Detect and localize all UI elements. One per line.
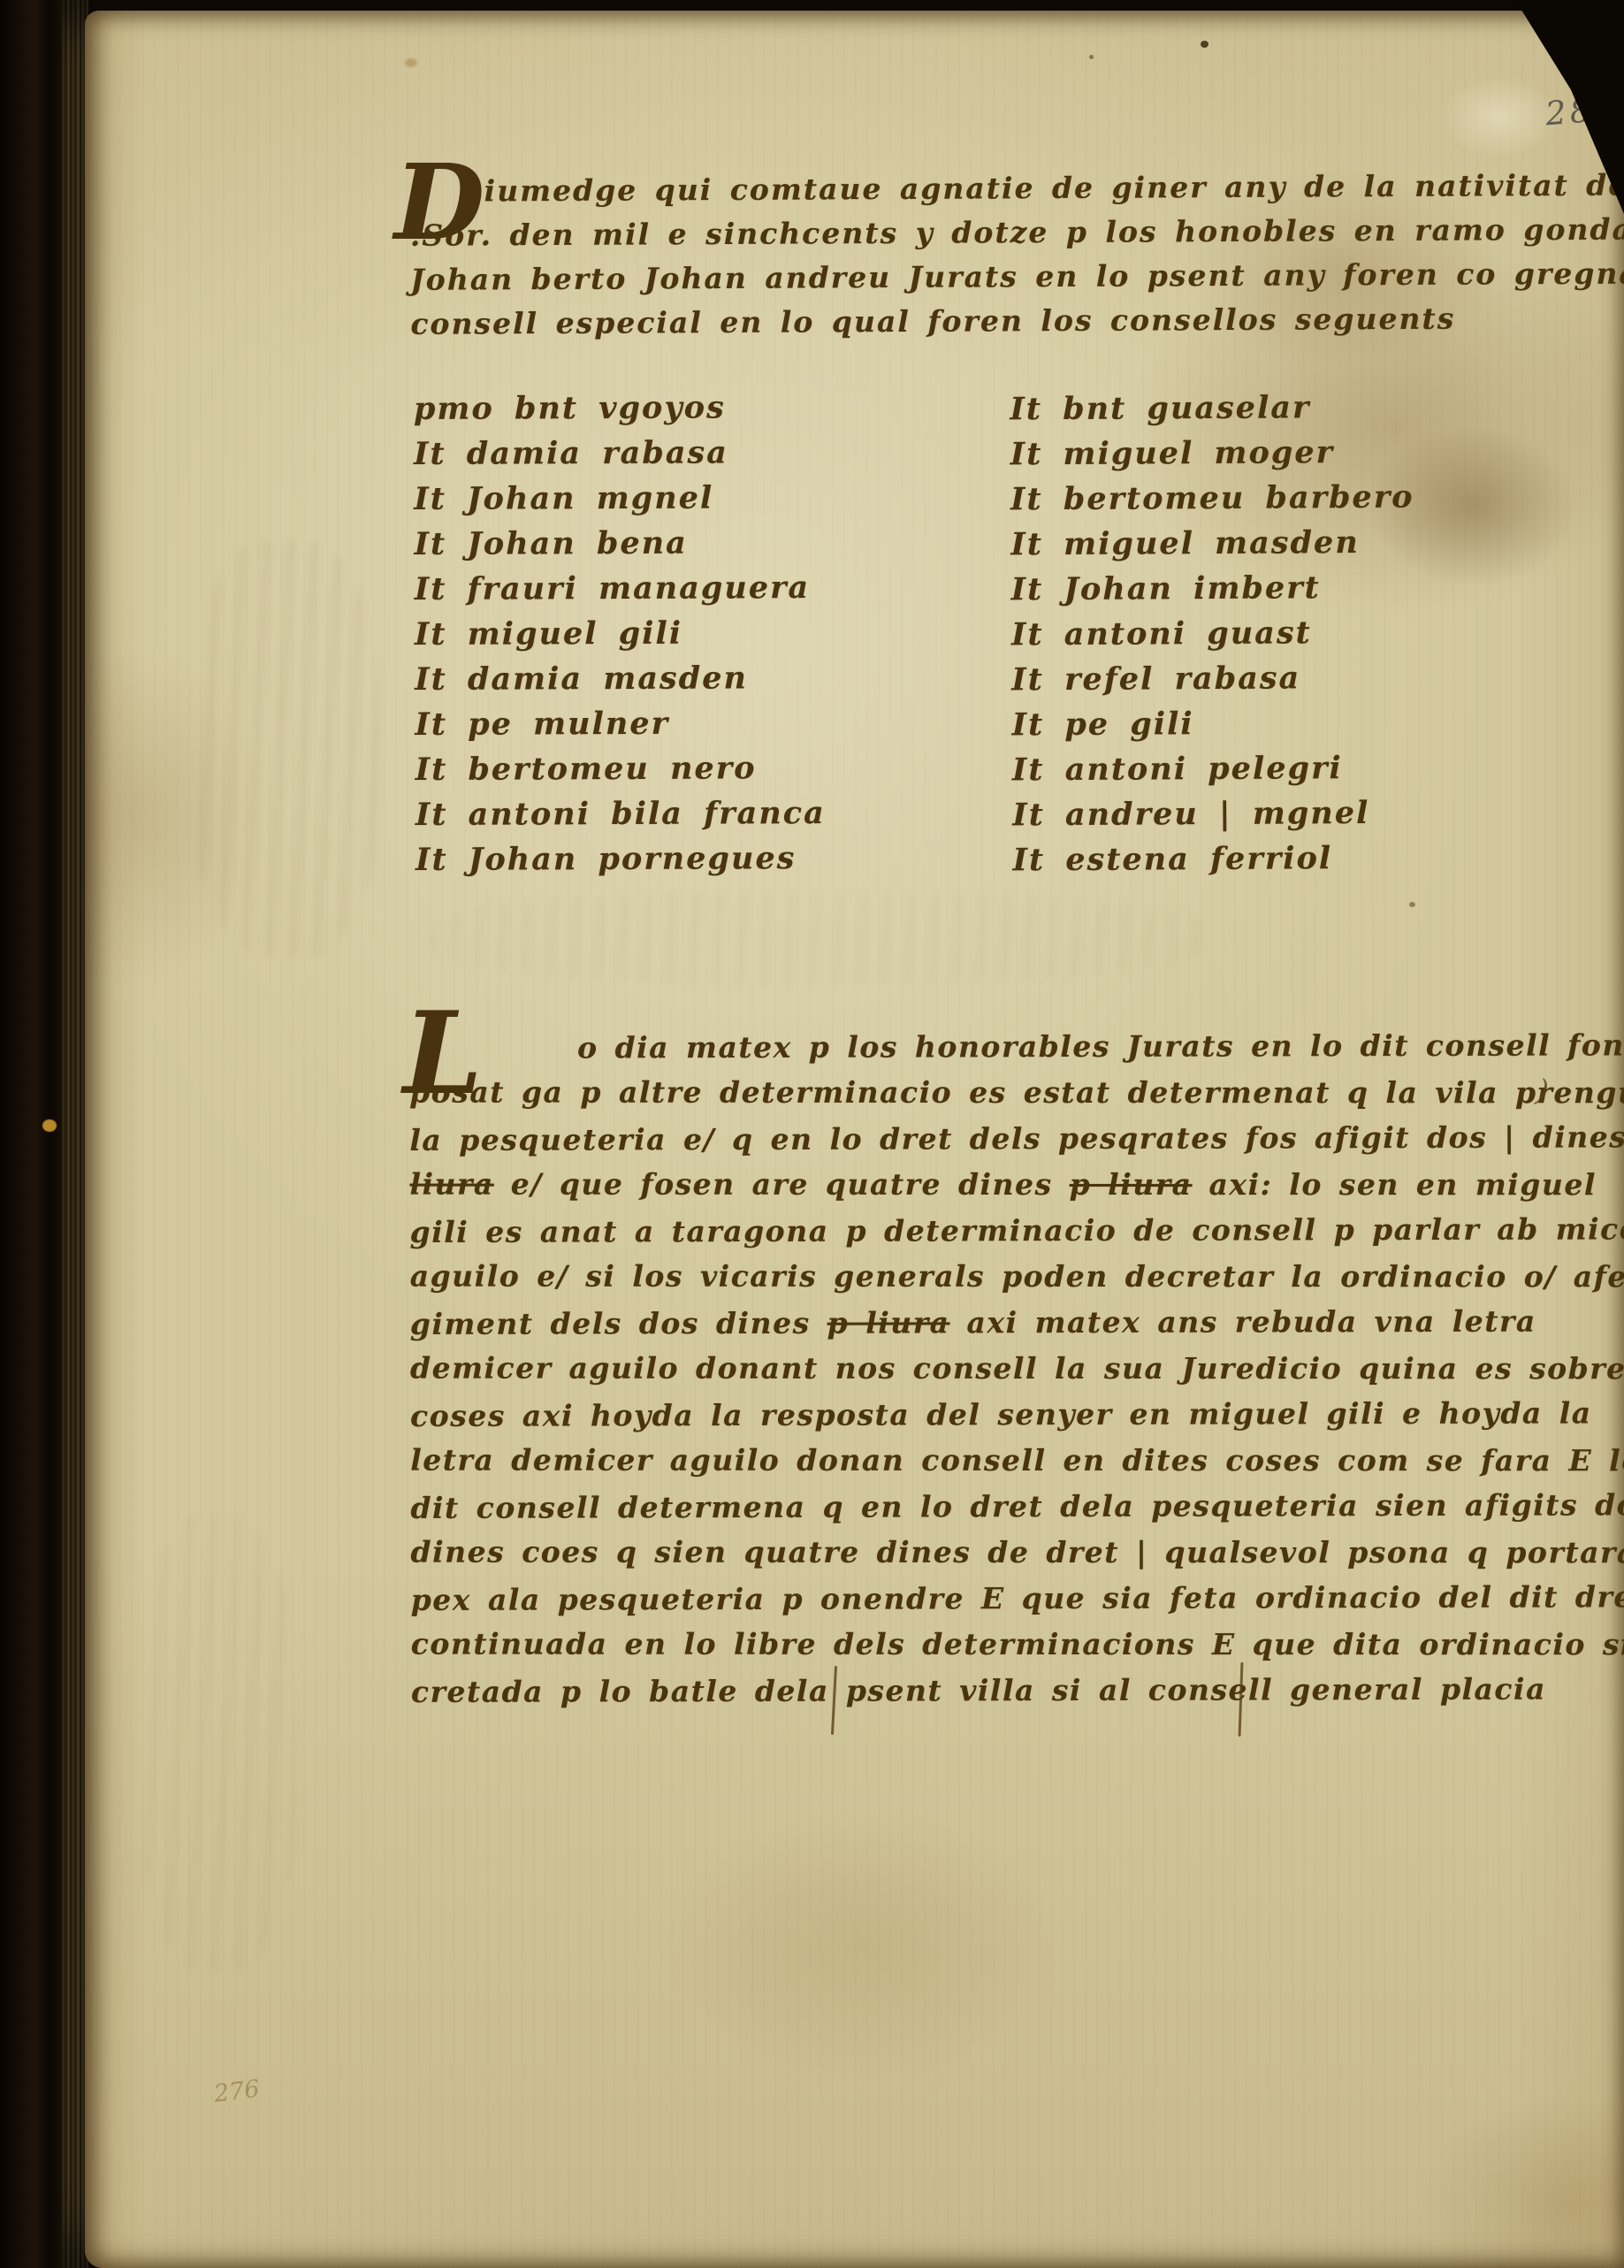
body-line: cretada p lo batle dela psent villa si a… — [411, 1666, 1624, 1715]
text-segment: axi: lo sen en miguel — [1193, 1167, 1597, 1202]
body-line: dit consell determena q en lo dret dela … — [410, 1482, 1624, 1531]
text-segment: gili es anat a taragona p determinacio d… — [410, 1211, 1624, 1249]
struck-text: p liura — [827, 1305, 950, 1340]
text-segment: dit consell determena q en lo dret dela … — [410, 1487, 1624, 1525]
council-member: It refel rabasa — [1011, 655, 1415, 703]
council-member: It miguel masden — [1010, 520, 1414, 568]
council-member: It miguel moger — [1010, 430, 1414, 477]
council-member: It estena ferriol — [1012, 836, 1416, 883]
council-member: It damia masden — [415, 655, 825, 702]
council-member: pmo bnt vgoyos — [414, 385, 824, 431]
body-line: coses axi hoyda la resposta del senyer e… — [410, 1390, 1624, 1439]
council-member: It bnt guaselar — [1010, 385, 1414, 432]
stain-spot — [42, 1119, 57, 1132]
struck-text: p liura — [1070, 1167, 1193, 1202]
text-segment: o dia matex p los honorables Jurats en l… — [577, 1027, 1624, 1065]
text-segment: demicer aguilo donant nos consell la sua… — [410, 1351, 1624, 1386]
council-member: It frauri managuera — [415, 565, 825, 612]
struck-text: liura — [409, 1167, 493, 1202]
text-segment: coses axi hoyda la resposta del senyer e… — [410, 1395, 1592, 1432]
council-member: It Johan pornegues — [416, 836, 826, 882]
text-segment: axi matex ans rebuda vna letra — [949, 1304, 1536, 1340]
body-line: la pesqueteria e/ q en lo dret dels pesq… — [409, 1114, 1624, 1164]
ink-bleedthrough — [191, 541, 381, 957]
text-segment: cretada p lo batle dela psent villa si a… — [411, 1672, 1546, 1709]
body-line: posat ga p altre determinacio es estat d… — [409, 1070, 1624, 1117]
parchment-page: 281 D iumedge qui comtaue agnatie de gin… — [85, 11, 1624, 2268]
body-line: gili es anat a taragona p determinacio d… — [410, 1206, 1624, 1256]
council-member: It bertomeu nero — [416, 745, 826, 792]
council-column-left: pmo bnt vgoyosIt damia rabasaIt Johan mg… — [414, 385, 826, 882]
text-segment: aguilo e/ si los vicaris generals poden … — [410, 1259, 1624, 1294]
council-member: It Johan imbert — [1011, 565, 1415, 613]
council-member: It miguel gili — [415, 610, 825, 657]
heading-line: .Sor. den mil e sinchcents y dotze p los… — [410, 207, 1624, 258]
ink-bleedthrough — [430, 891, 1208, 984]
body-paragraph: o dia matex p los honorables Jurats en l… — [409, 1022, 1624, 1715]
heading-line: iumedge qui comtaue agnatie de giner any… — [409, 163, 1624, 214]
stain-spot — [405, 58, 417, 67]
council-column-right: It bnt guaselarIt miguel mogerIt bertome… — [1010, 385, 1416, 883]
council-member: It pe mulner — [415, 700, 825, 747]
council-member: It Johan bena — [414, 520, 824, 567]
council-member: It antoni bila franca — [416, 790, 826, 837]
old-folio-mark: 276 — [212, 2075, 261, 2108]
heading-line: Johan berto Johan andreu Jurats en lo ps… — [410, 251, 1624, 302]
body-line: o dia matex p los honorables Jurats en l… — [409, 1022, 1624, 1072]
council-member: It bertomeu barbero — [1010, 475, 1414, 523]
body-line: continuada en lo libre dels determinacio… — [411, 1622, 1624, 1669]
ink-speck — [1201, 41, 1208, 48]
body-line: dines coes q sien quatre dines de dret |… — [411, 1530, 1624, 1577]
text-segment: e/ que fosen are quatre dines — [494, 1167, 1070, 1202]
council-member: It Johan mgnel — [414, 475, 824, 522]
council-member: It antoni pelegri — [1012, 745, 1416, 793]
body-line: letra demicer aguilo donan consell en di… — [410, 1438, 1624, 1485]
heading-line: consell especial en lo qual foren los co… — [410, 295, 1624, 347]
text-segment: la pesqueteria e/ q en lo dret dels pesq… — [409, 1119, 1624, 1157]
body-line: liura e/ que fosen are quatre dines p li… — [409, 1162, 1624, 1209]
ink-bleedthrough — [138, 1514, 297, 1974]
ink-speck — [1089, 55, 1094, 59]
body-line: giment dels dos dines p liura axi matex … — [410, 1298, 1624, 1348]
ink-speck — [1409, 902, 1415, 907]
body-line: aguilo e/ si los vicaris generals poden … — [410, 1254, 1624, 1301]
text-segment: posat ga p altre determinacio es estat d… — [409, 1075, 1624, 1111]
book-binding-gutter — [0, 0, 65, 2268]
text-segment: giment dels dos dines — [410, 1306, 827, 1341]
text-segment: letra demicer aguilo donan consell en di… — [410, 1443, 1624, 1478]
council-member: It antoni guast — [1011, 610, 1415, 658]
text-segment: pex ala pesqueteria p onendre E que sia … — [411, 1579, 1624, 1617]
text-segment: dines coes q sien quatre dines de dret |… — [411, 1535, 1624, 1570]
council-member: It damia rabasa — [414, 430, 824, 477]
body-line: pex ala pesqueteria p onendre E que sia … — [411, 1574, 1624, 1623]
council-member: It andreu | mgnel — [1012, 790, 1416, 838]
body-line: demicer aguilo donant nos consell la sua… — [410, 1346, 1624, 1393]
council-member: It pe gili — [1011, 700, 1415, 748]
text-segment: continuada en lo libre dels determinacio… — [411, 1627, 1624, 1662]
manuscript-scan: 281 D iumedge qui comtaue agnatie de gin… — [0, 0, 1624, 2268]
heading-paragraph: iumedge qui comtaue agnatie de giner any… — [409, 163, 1624, 347]
